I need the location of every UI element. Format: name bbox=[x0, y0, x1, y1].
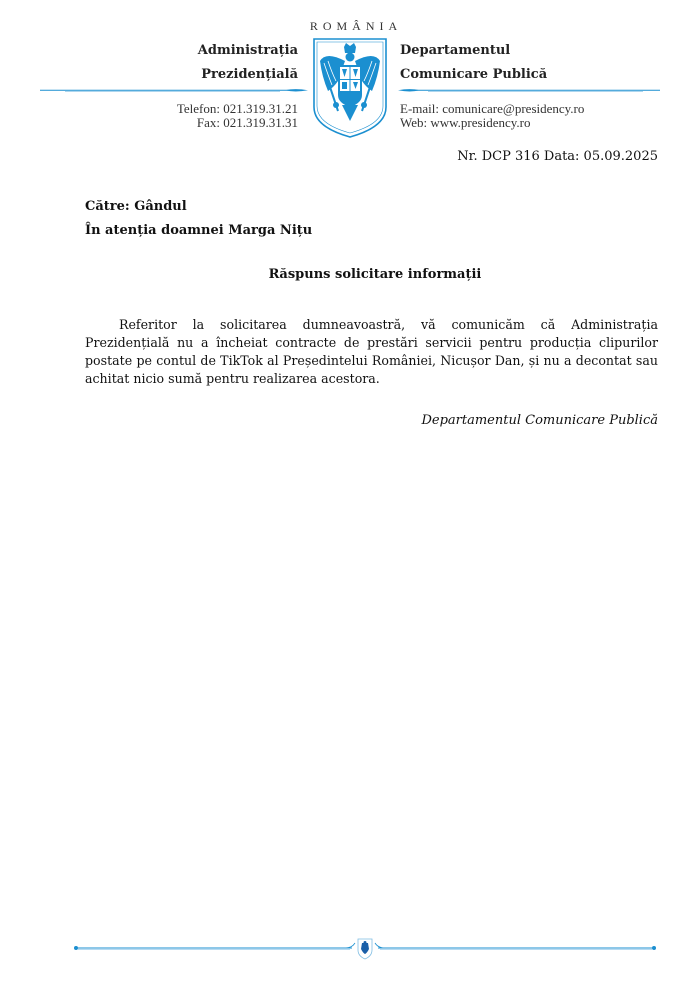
contact-left: Telefon: 021.319.31.21 Fax: 021.319.31.3… bbox=[177, 102, 298, 130]
body-paragraph: Referitor la solicitarea dumneavoastră, … bbox=[85, 316, 658, 388]
institution-name-line2: Prezidențială bbox=[201, 67, 298, 82]
phone-number: Telefon: 021.319.31.21 bbox=[177, 102, 298, 116]
header-rule-right bbox=[398, 89, 660, 92]
romanian-coat-of-arms-icon bbox=[312, 37, 388, 139]
email-address: E-mail: comunicare@presidency.ro bbox=[400, 102, 584, 116]
subject-heading: Răspuns solicitare informații bbox=[0, 267, 700, 282]
document-reference: Nr. DCP 316 Data: 05.09.2025 bbox=[457, 149, 658, 164]
institution-name-line1: Administrația bbox=[198, 43, 298, 58]
eagle-shield-icon bbox=[358, 939, 372, 959]
country-label: ROMÂNIA bbox=[0, 19, 700, 34]
attention-line: În atenția doamnei Marga Nițu bbox=[85, 223, 312, 238]
signature: Departamentul Comunicare Publică bbox=[421, 413, 658, 428]
contact-right: E-mail: comunicare@presidency.ro Web: ww… bbox=[400, 102, 584, 130]
recipient: Către: Gândul bbox=[85, 199, 187, 214]
header-rule-left bbox=[40, 89, 308, 92]
footer-ornament bbox=[70, 935, 660, 961]
department-name-line2: Comunicare Publică bbox=[400, 67, 547, 82]
department-name-line1: Departamentul bbox=[400, 43, 510, 58]
fax-number: Fax: 021.319.31.31 bbox=[177, 116, 298, 130]
website: Web: www.presidency.ro bbox=[400, 116, 584, 130]
